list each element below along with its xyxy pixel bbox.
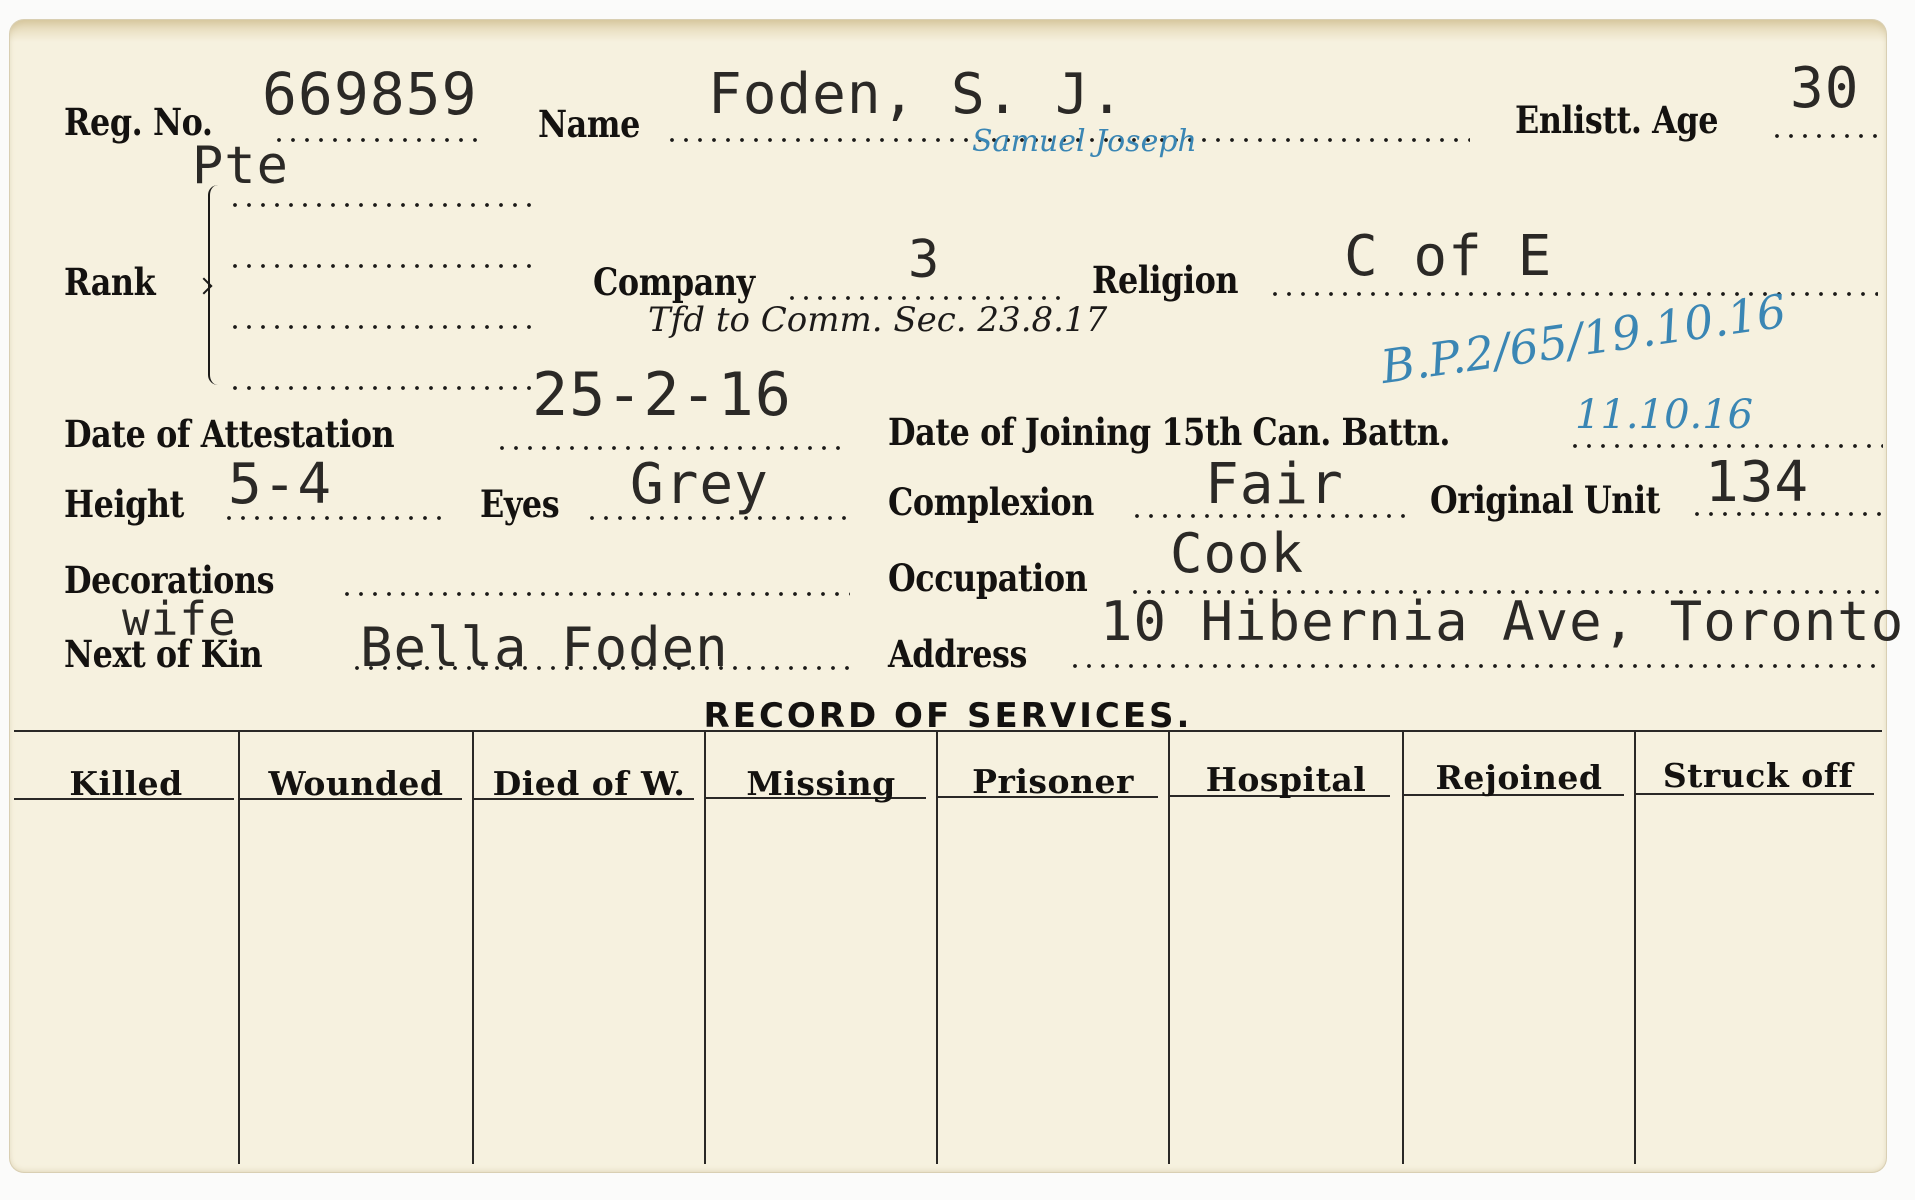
name-label: Name	[538, 102, 640, 146]
column-divider-7	[1634, 732, 1636, 1164]
joining-line	[1568, 444, 1883, 448]
service-record-card: Reg. No. 669859 Name Foden, S. J. Samuel…	[10, 20, 1886, 1172]
next-of-kin-label: Next of Kin	[64, 632, 262, 676]
complexion-value: Fair	[1205, 452, 1344, 517]
column-header-wounded: Wounded	[240, 764, 472, 803]
joining-value: 11.10.16	[1575, 392, 1753, 438]
reg-no-value: 669859	[262, 60, 478, 128]
rank-line-1	[228, 203, 540, 207]
column-header-missing: Missing	[706, 764, 936, 803]
column-header-prisoner: Prisoner	[938, 762, 1168, 801]
rank-line-3	[228, 325, 540, 329]
column-header-rejoined: Rejoined	[1404, 758, 1634, 797]
company-label: Company	[593, 260, 755, 304]
table-top-rule	[14, 730, 1882, 732]
enlist-age-label: Enlistt. Age	[1515, 98, 1718, 142]
religion-label: Religion	[1092, 258, 1238, 302]
address-label: Address	[888, 632, 1027, 676]
column-header-hospital: Hospital	[1170, 760, 1402, 799]
column-header-died-of-wounds: Died of W.	[474, 764, 704, 803]
address-line	[1068, 664, 1883, 668]
joining-annotation: B.P.2/65/19.10.16	[1377, 284, 1789, 394]
decorations-line	[340, 592, 850, 596]
reg-no-label: Reg. No.	[64, 100, 212, 144]
enlist-age-value: 30	[1790, 56, 1859, 121]
company-annotation: Tfd to Comm. Sec. 23.8.17	[648, 300, 1107, 340]
attestation-label: Date of Attestation	[64, 412, 394, 456]
rank-brace	[208, 185, 224, 385]
eyes-label: Eyes	[480, 482, 559, 526]
rank-line-4	[228, 386, 540, 390]
occupation-value: Cook	[1170, 522, 1304, 585]
original-unit-value: 134	[1705, 450, 1809, 515]
original-unit-label: Original Unit	[1430, 478, 1660, 522]
rank-value: Pte	[192, 136, 289, 196]
column-header-struck-off: Struck off	[1636, 756, 1880, 795]
height-label: Height	[64, 482, 184, 526]
complexion-label: Complexion	[888, 480, 1094, 524]
name-annotation: Samuel Joseph	[972, 124, 1197, 159]
name-value: Foden, S. J.	[708, 62, 1125, 127]
enlist-age-line	[1770, 134, 1880, 138]
religion-line	[1268, 292, 1878, 296]
company-value: 3	[908, 230, 940, 290]
next-of-kin-value: Bella Foden	[360, 616, 729, 679]
address-value: 10 Hibernia Ave, Toronto	[1100, 590, 1904, 653]
rank-line-2	[228, 264, 540, 268]
rank-label: Rank	[64, 260, 155, 304]
eyes-value: Grey	[630, 452, 769, 517]
column-header-killed: Killed	[14, 764, 238, 803]
religion-value: C of E	[1344, 224, 1552, 289]
attestation-line	[495, 446, 850, 450]
reg-no-line	[272, 138, 482, 142]
attestation-value: 25-2-16	[532, 360, 792, 430]
height-value: 5-4	[228, 452, 332, 517]
occupation-label: Occupation	[888, 556, 1087, 600]
joining-label: Date of Joining 15th Can. Battn.	[888, 410, 1450, 454]
